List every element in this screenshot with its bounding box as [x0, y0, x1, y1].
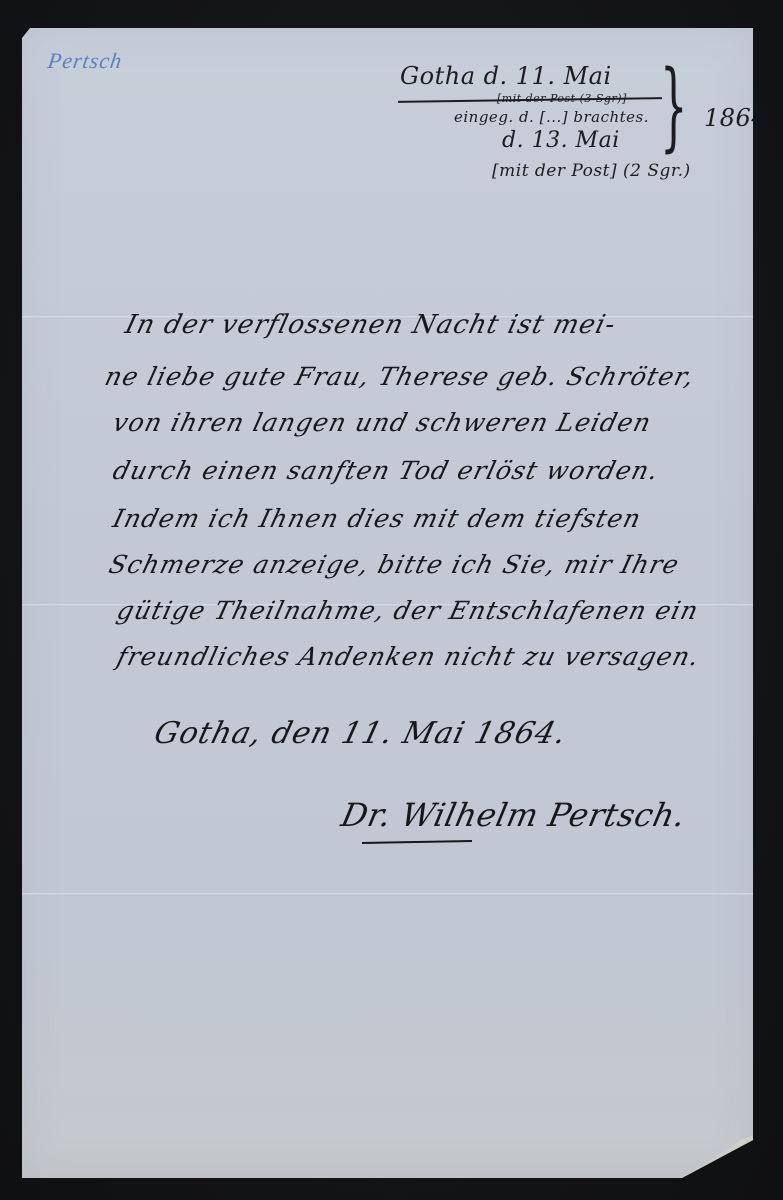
- annotation-postage-note: [mit der Post (3 Sgr)]: [497, 92, 627, 105]
- fold-line: [22, 893, 753, 896]
- pencil-annotation: Pertsch: [46, 48, 124, 74]
- brace-glyph: }: [660, 58, 687, 154]
- body-line: freundliches Andenken nicht zu versagen.: [114, 642, 703, 671]
- letter-paper: Pertsch Gotha d. 11. Mai [mit der Post (…: [22, 28, 753, 1178]
- annotation-received-note: eingeg. d. [...] brachtes.: [454, 108, 649, 126]
- body-line: Schmerze anzeige, bitte ich Sie, mir Ihr…: [106, 550, 683, 579]
- body-line: Indem ich Ihnen dies mit dem tiefsten: [110, 504, 645, 533]
- annotation-year: 1864: [704, 104, 767, 132]
- annotation-place-date: Gotha d. 11. Mai: [400, 62, 612, 90]
- scan-background: Pertsch Gotha d. 11. Mai [mit der Post (…: [0, 0, 783, 1200]
- annotation-postage-note-2: [mit der Post] (2 Sgr.): [492, 161, 691, 181]
- body-line: durch einen sanften Tod erlöst worden.: [110, 456, 662, 485]
- archival-annotation: Gotha d. 11. Mai [mit der Post (3 Sgr)] …: [392, 56, 752, 216]
- signature-underline: [362, 840, 472, 844]
- closing-date: Gotha, den 11. Mai 1864.: [151, 716, 571, 751]
- body-line: von ihren langen und schweren Leiden: [110, 408, 655, 437]
- body-line: gütige Theilnahme, der Entschlafenen ein: [114, 596, 702, 625]
- signature: Dr. Wilhelm Pertsch.: [338, 796, 689, 834]
- body-line: ne liebe gute Frau, Therese geb. Schröte…: [102, 362, 698, 391]
- body-line: In der verflossenen Nacht ist mei-: [122, 310, 619, 340]
- annotation-received-date: d. 13. Mai: [502, 128, 620, 153]
- folded-corner: [677, 1136, 753, 1178]
